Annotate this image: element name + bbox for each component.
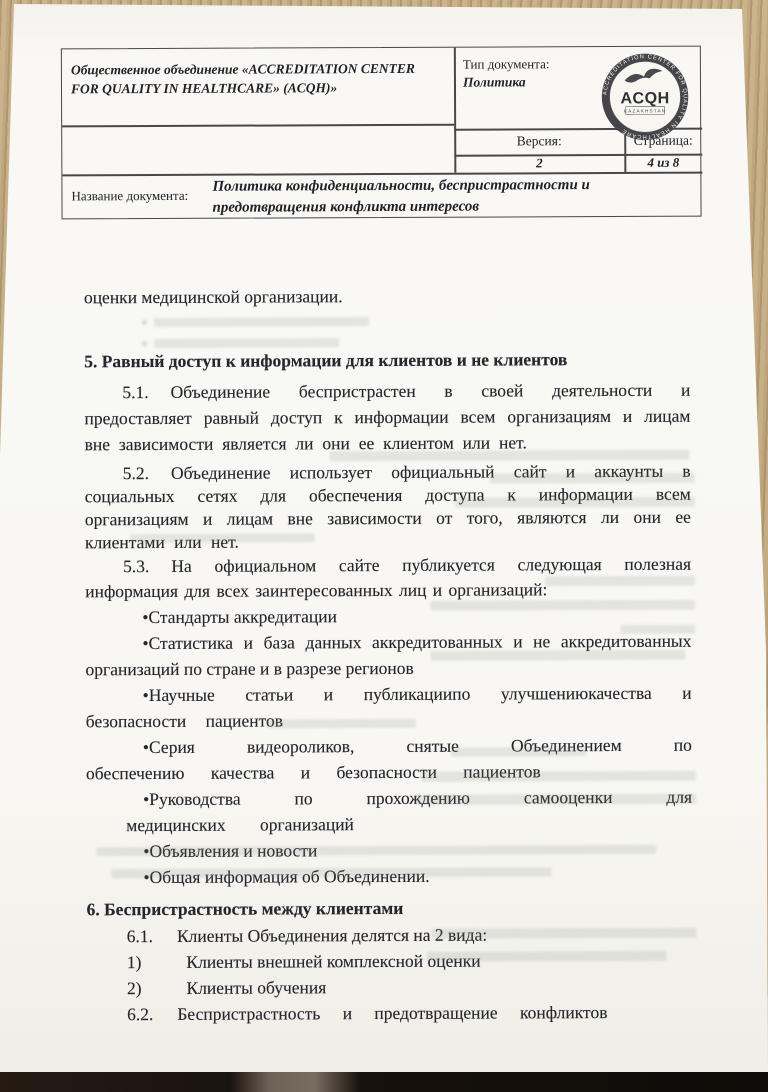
- bleedthrough-smudge: [330, 450, 690, 462]
- list-item: •Руководства по прохождению самооценки д…: [86, 784, 692, 839]
- intro-line: оценки медицинской организации.: [84, 282, 690, 311]
- bleedthrough-smudge: [154, 338, 339, 348]
- logo-acronym: ACQH: [620, 89, 669, 107]
- desk-edge-shadow: [0, 1072, 768, 1092]
- bleedthrough-smudge: [142, 341, 147, 346]
- bleedthrough-smudge: [455, 497, 695, 508]
- paragraph-6-2: 6.2.Беспристрастность и предотвращение к…: [87, 999, 693, 1028]
- bleedthrough-smudge: [266, 719, 416, 729]
- bleedthrough-smudge: [490, 473, 695, 484]
- page-content: Общественное объединение «ACCREDITATION …: [0, 0, 768, 1092]
- clause-number: 6.1.: [127, 926, 153, 946]
- document-body: оценки медицинской организации. 5. Равны…: [84, 269, 693, 1028]
- document-header-table: Общественное объединение «ACCREDITATION …: [61, 46, 702, 220]
- clause-number: 5.3.: [123, 556, 149, 576]
- list-item-text: Стандарты аккредитации: [148, 606, 337, 627]
- section-6-heading: 6. Беспристрастность между клиентами: [87, 894, 693, 924]
- clause-text: Объединение беспристрастен в своей деяте…: [84, 380, 690, 455]
- bleedthrough-smudge: [421, 771, 696, 782]
- doc-name-value: Политика конфиденциальности, беспристрас…: [212, 175, 632, 219]
- organization-name: Общественное объединение «ACCREDITATION …: [71, 59, 443, 99]
- bleedthrough-smudge: [111, 867, 551, 878]
- bleedthrough-smudge: [154, 317, 369, 327]
- bleedthrough-smudge: [430, 650, 685, 661]
- clause-text: Беспристрастность и предотвращение конфл…: [177, 1002, 607, 1024]
- page-number-value: 4 из 8: [624, 154, 702, 172]
- clause-text: Клиенты обучения: [186, 977, 326, 998]
- version-value: 2: [454, 154, 624, 173]
- bleedthrough-smudge: [430, 600, 695, 611]
- section-5-heading: 5. Равный доступ к информации для клиент…: [84, 346, 690, 376]
- logo-country: KAZAKHSTAN: [624, 108, 666, 113]
- bleedthrough-smudge: [130, 533, 315, 543]
- clause-number: 6.2.: [127, 1004, 153, 1024]
- bleedthrough-smudge: [545, 576, 695, 587]
- acqh-logo-seal: ACCREDITATION CENTER FOR QUALITY IN HEAL…: [599, 51, 691, 143]
- paragraph-5-1: 5.1.Объединение беспристрастен в своей д…: [84, 377, 690, 458]
- sub-item-2: 2)Клиенты обучения: [87, 973, 693, 1002]
- clause-number: 5.2.: [123, 463, 149, 483]
- clause-number: 5.1.: [122, 382, 148, 402]
- doc-type-label: Тип документа:: [463, 56, 550, 72]
- bleedthrough-smudge: [451, 747, 586, 757]
- bleedthrough-smudge: [427, 951, 667, 962]
- bleedthrough-smudge: [416, 794, 696, 805]
- bleedthrough-smudge: [432, 928, 697, 939]
- bleedthrough-smudge: [620, 625, 695, 634]
- doc-name-label: Название документа:: [71, 188, 188, 205]
- bleedthrough-smudge: [142, 320, 147, 325]
- clause-number: 1): [127, 952, 142, 972]
- clause-number: 2): [127, 978, 142, 998]
- doc-type-value: Политика: [463, 74, 526, 90]
- table-divider: [62, 124, 454, 127]
